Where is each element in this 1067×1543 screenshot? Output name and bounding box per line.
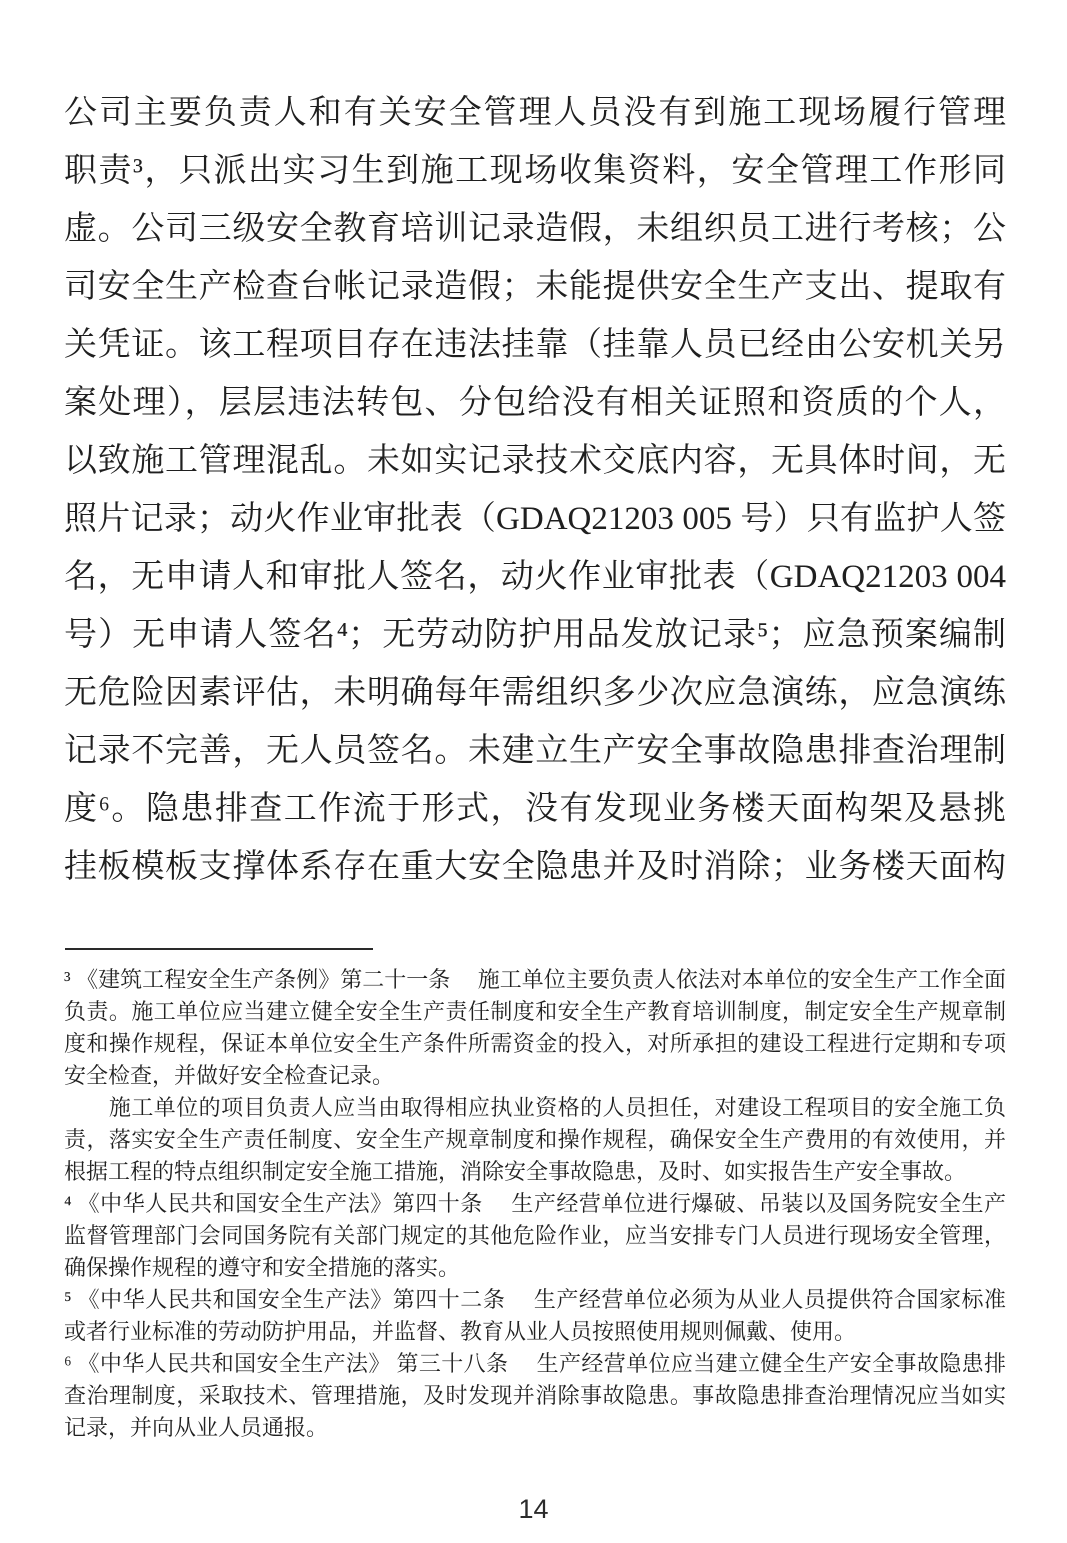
body-paragraph: 公司主要负责人和有关安全管理人员没有到施工现场履行管理 职责³，只派出实习生到施… xyxy=(64,84,1006,896)
body-text-line: 以致施工管理混乱。未如实记录技术交底内容，无具体时间，无 xyxy=(64,432,1006,490)
footnotes: ³ 《建筑工程安全生产条例》第二十一条 施工单位主要负责人依法对本单位的安全生产… xyxy=(64,964,1006,1444)
body-text-line: 虚。公司三级安全教育培训记录造假，未组织员工进行考核；公 xyxy=(64,200,1006,258)
body-text-line: 号）无申请人签名⁴；无劳动防护用品发放记录⁵；应急预案编制 xyxy=(64,606,1006,664)
body-text-line: 职责³，只派出实习生到施工现场收集资料，安全管理工作形同 xyxy=(64,142,1006,200)
footnote-paragraph: 施工单位的项目负责人应当由取得相应执业资格的人员担任，对建设工程项目的安全施工负… xyxy=(64,1092,1006,1188)
body-text-line: 司安全生产检查台帐记录造假；未能提供安全生产支出、提取有 xyxy=(64,258,1006,316)
footnote-paragraph: ⁶ 《中华人民共和国安全生产法》 第三十八条 生产经营单位应当建立健全生产安全事… xyxy=(64,1348,1006,1444)
footnote-paragraph: ⁴ 《中华人民共和国安全生产法》第四十条 生产经营单位进行爆破、吊装以及国务院安… xyxy=(64,1188,1006,1284)
body-text-line: 记录不完善，无人员签名。未建立生产安全事故隐患排查治理制 xyxy=(64,722,1006,780)
footnote-paragraph: ⁵ 《中华人民共和国安全生产法》第四十二条 生产经营单位必须为从业人员提供符合国… xyxy=(64,1284,1006,1348)
body-text-line: 度⁶。隐患排查工作流于形式，没有发现业务楼天面构架及悬挑 xyxy=(64,780,1006,838)
body-text-line: 公司主要负责人和有关安全管理人员没有到施工现场履行管理 xyxy=(64,84,1006,142)
footnote-paragraph: ³ 《建筑工程安全生产条例》第二十一条 施工单位主要负责人依法对本单位的安全生产… xyxy=(64,964,1006,1092)
page-number: 14 xyxy=(0,1494,1067,1525)
body-text-line: 案处理），层层违法转包、分包给没有相关证照和资质的个人， xyxy=(64,374,1006,432)
body-text-line: 无危险因素评估，未明确每年需组织多少次应急演练，应急演练 xyxy=(64,664,1006,722)
body-text-line: 关凭证。该工程项目存在违法挂靠（挂靠人员已经由公安机关另 xyxy=(64,316,1006,374)
body-text-line: 挂板模板支撑体系存在重大安全隐患并及时消除；业务楼天面构 xyxy=(64,838,1006,896)
document-page: 公司主要负责人和有关安全管理人员没有到施工现场履行管理 职责³，只派出实习生到施… xyxy=(0,0,1067,1543)
footnote-separator xyxy=(65,948,373,950)
body-text-line: 照片记录；动火作业审批表（GDAQ21203 005 号）只有监护人签 xyxy=(64,490,1006,548)
body-text-line: 名，无申请人和审批人签名，动火作业审批表（GDAQ21203 004 xyxy=(64,548,1006,606)
